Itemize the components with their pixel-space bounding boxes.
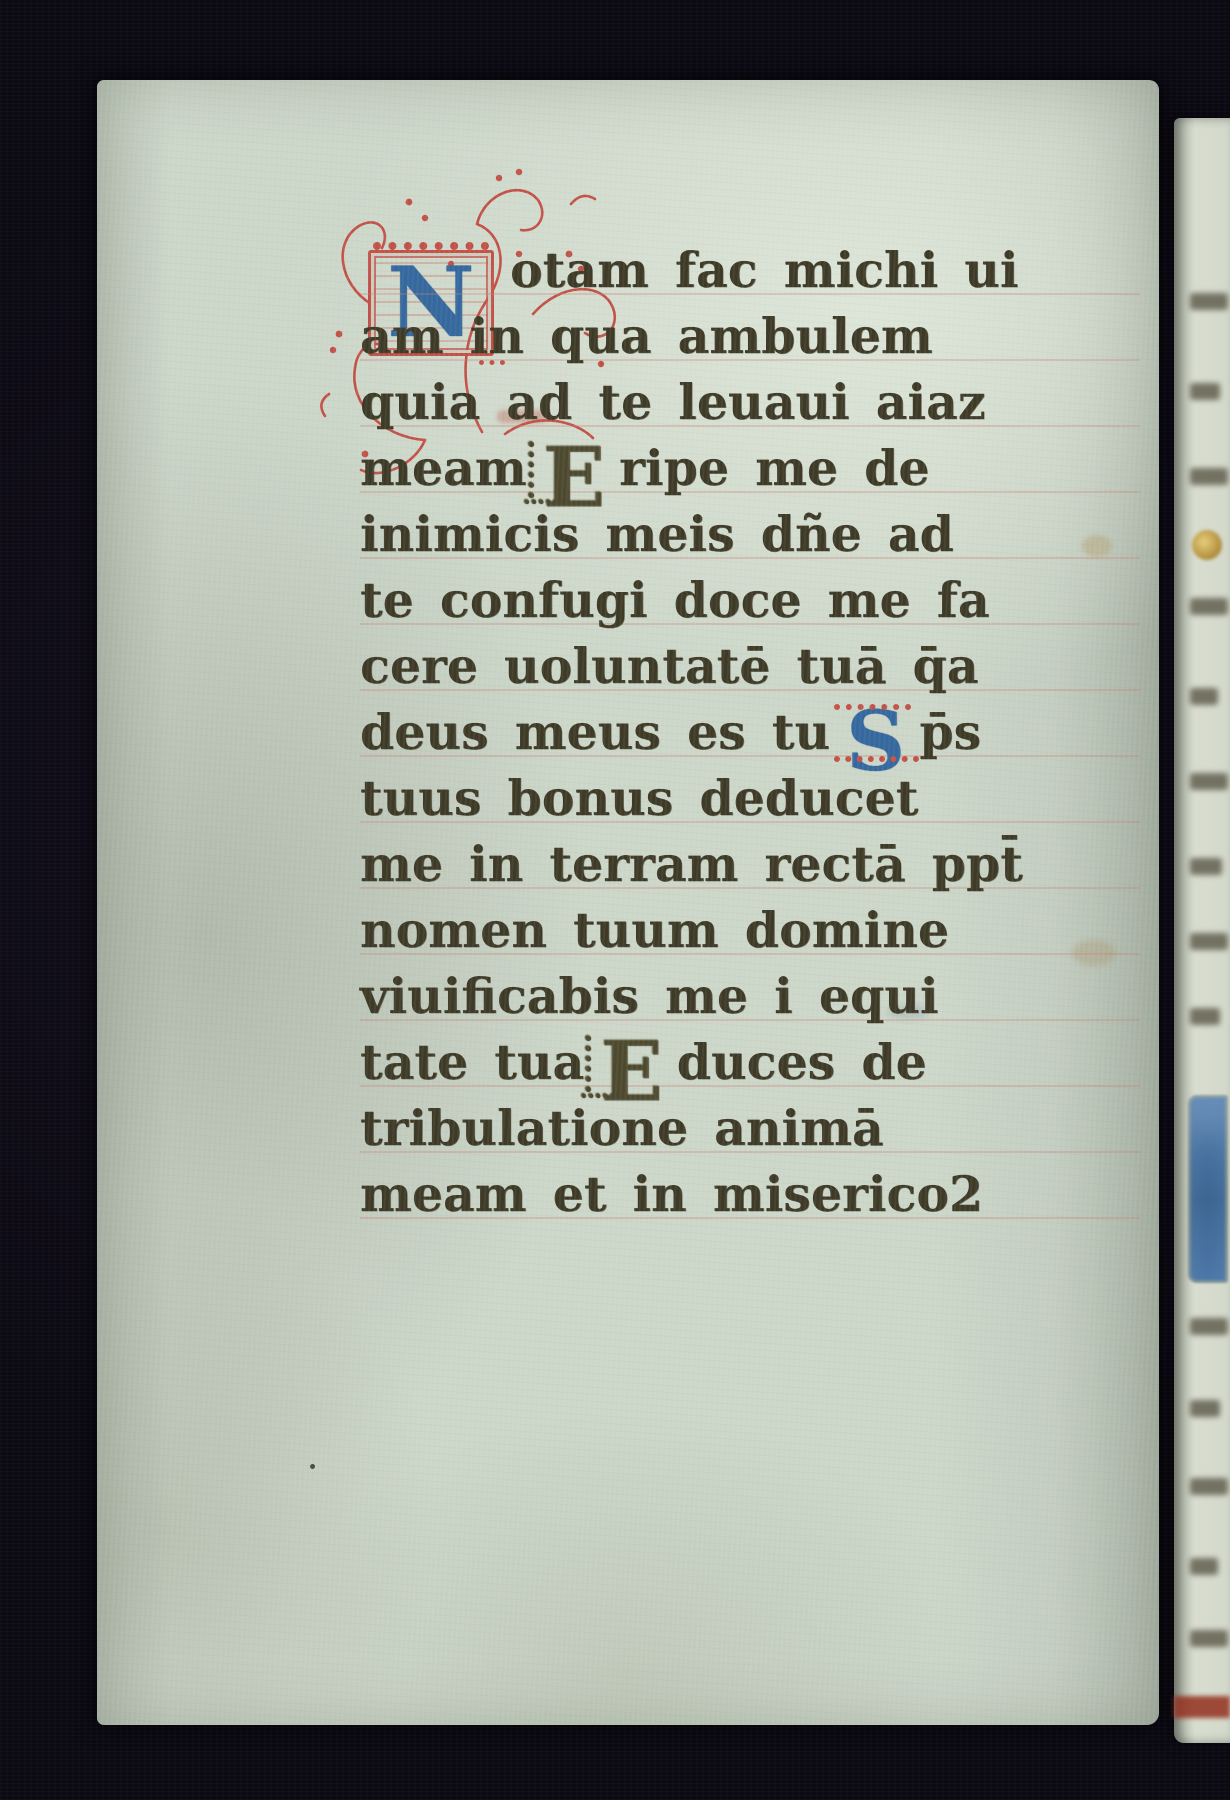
facing-page-edge: [1174, 118, 1230, 1743]
facing-page-text-fragment: [1190, 1558, 1218, 1575]
text-line: meamEripe me de: [360, 436, 1140, 502]
text-line: viuificabis me i equi: [360, 964, 1140, 1030]
facing-page-text-fragment: [1190, 773, 1228, 790]
facing-page-text-fragment: [1190, 1008, 1220, 1025]
text-line: nomen tuum domine: [360, 898, 1140, 964]
manuscript-page: N otam fac michi ui am in qua ambulem qu…: [97, 80, 1159, 1725]
facing-page-text-fragment: [1190, 293, 1228, 310]
text-line: deus meus es tuSp̄s: [360, 700, 1140, 766]
facing-page-text-fragment: [1190, 468, 1228, 485]
facing-page-text-fragment: [1190, 598, 1228, 615]
text-column: otam fac michi ui am in qua ambulem quia…: [360, 238, 1140, 1228]
facing-page-text-fragment: [1190, 688, 1218, 705]
facing-page-text-fragment: [1190, 858, 1222, 875]
facing-page-text-fragment: [1190, 1400, 1220, 1417]
facing-page-blue-initial-fragment: [1188, 1095, 1228, 1283]
facing-page-text-fragment: [1190, 383, 1220, 400]
facing-page-text-fragment: [1190, 933, 1228, 950]
text-line: inimicis meis dñe ad: [360, 502, 1140, 568]
stain: [310, 1464, 315, 1469]
text-line: me in terram rectā ppt̄: [360, 832, 1140, 898]
text-line: am in qua ambulem: [360, 304, 1140, 370]
facing-page-red-edge-stain: [1174, 1696, 1230, 1718]
text-line: cere uoluntatē tuā q̄a: [360, 634, 1140, 700]
text-line: tate tuaEduces de: [360, 1030, 1140, 1096]
text-line: quia ad te leuaui aiaz: [360, 370, 1140, 436]
text-line: tuus bonus deducet: [360, 766, 1140, 832]
text-line: meam et in miserico2: [360, 1162, 1140, 1228]
photograph-backdrop: N otam fac michi ui am in qua ambulem qu…: [0, 0, 1230, 1800]
facing-page-gold-initial-fragment: [1192, 530, 1222, 560]
text-line: te confugi doce me fa: [360, 568, 1140, 634]
text-line: tribulatione animā: [360, 1096, 1140, 1162]
facing-page-text-fragment: [1190, 1478, 1228, 1495]
facing-page-text-fragment: [1190, 1630, 1228, 1647]
text-line: otam fac michi ui: [360, 238, 1140, 304]
facing-page-text-fragment: [1190, 1318, 1228, 1335]
